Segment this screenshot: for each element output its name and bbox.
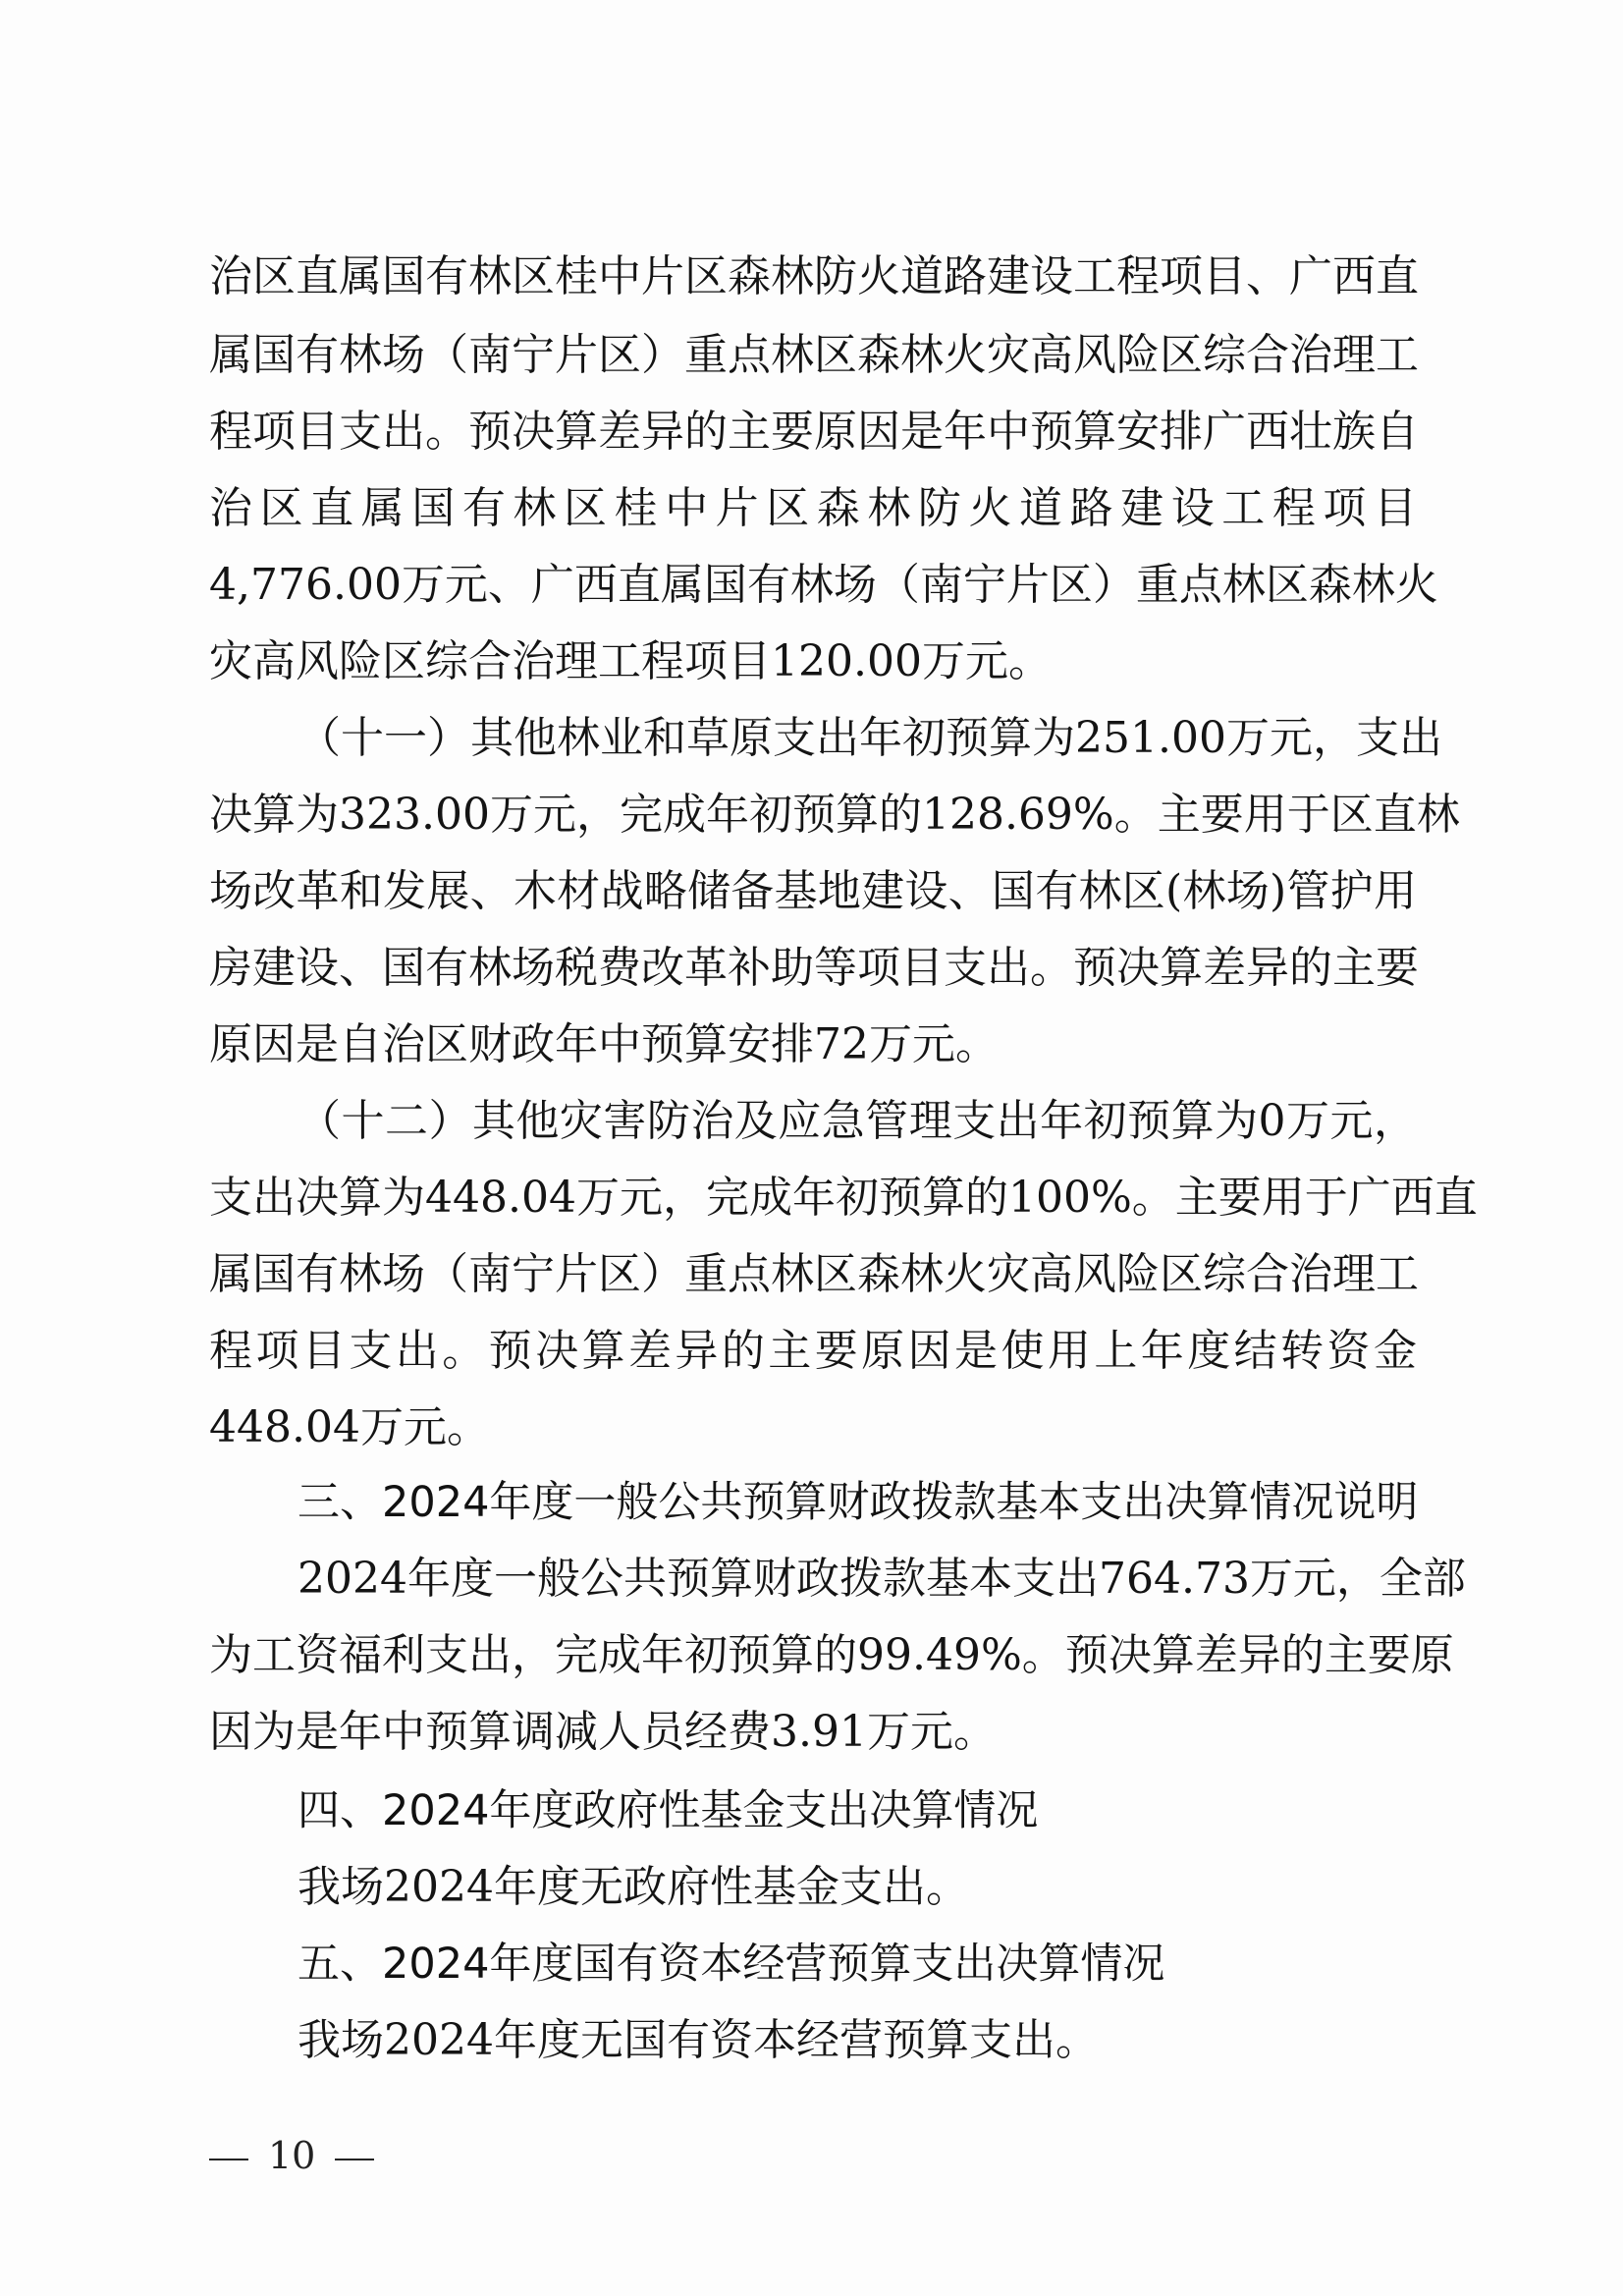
body-line: 灾高风险区综合治理工程项目120.00万元。 — [209, 632, 1417, 691]
body-line: 治区直属国有林区桂中片区森林防火道路建设工程项目 — [209, 479, 1417, 538]
body-line: 因为是年中预算调减人员经费3.91万元。 — [209, 1703, 1417, 1762]
body-line: 治区直属国有林区桂中片区森林防火道路建设工程项目、广西直 — [209, 247, 1417, 306]
body-line: 场改革和发展、木材战略储备基地建设、国有林区(林场)管护用 — [209, 862, 1417, 921]
body-line: 程项目支出。预决算差异的主要原因是使用上年度结转资金 — [209, 1322, 1417, 1381]
body-line: 房建设、国有林场税费改革补助等项目支出。预决算差异的主要 — [209, 939, 1417, 998]
body-line: 我场2024年度无政府性基金支出。 — [298, 1858, 1417, 1917]
document-page: 治区直属国有林区桂中片区森林防火道路建设工程项目、广西直 属国有林场（南宁片区）… — [0, 0, 1623, 2296]
page-number: 10 — [209, 2131, 374, 2180]
body-line: 448.04万元。 — [209, 1398, 1417, 1457]
body-line: 决算为323.00万元，完成年初预算的128.69%。主要用于区直林 — [209, 786, 1417, 845]
item-11-first-line: （十一）其他林业和草原支出年初预算为251.00万元，支出 — [298, 709, 1417, 768]
dash-right — [335, 2159, 374, 2160]
page-number-text: 10 — [268, 2131, 315, 2180]
body-line: 支出决算为448.04万元，完成年初预算的100%。主要用于广西直 — [209, 1169, 1417, 1228]
body-line: 属国有林场（南宁片区）重点林区森林火灾高风险区综合治理工 — [209, 326, 1417, 385]
dash-left — [209, 2159, 248, 2160]
body-line: 属国有林场（南宁片区）重点林区森林火灾高风险区综合治理工 — [209, 1245, 1417, 1304]
section-4-heading: 四、2024年度政府性基金支出决算情况 — [298, 1781, 1038, 1840]
section-3-heading: 三、2024年度一般公共预算财政拨款基本支出决算情况说明 — [298, 1473, 1417, 1532]
body-line: 4,776.00万元、广西直属国有林场（南宁片区）重点林区森林火 — [209, 556, 1417, 615]
item-12-first-line: （十二）其他灾害防治及应急管理支出年初预算为0万元， — [298, 1092, 1417, 1151]
body-line: 我场2024年度无国有资本经营预算支出。 — [298, 2011, 1417, 2070]
section-5-heading: 五、2024年度国有资本经营预算支出决算情况 — [298, 1935, 1164, 1994]
body-line: 程项目支出。预决算差异的主要原因是年中预算安排广西壮族自 — [209, 403, 1417, 462]
body-line: 原因是自治区财政年中预算安排72万元。 — [209, 1015, 1417, 1074]
body-line: 为工资福利支出，完成年初预算的99.49%。预决算差异的主要原 — [209, 1626, 1417, 1685]
body-line: 2024年度一般公共预算财政拨款基本支出764.73万元，全部 — [298, 1550, 1417, 1609]
